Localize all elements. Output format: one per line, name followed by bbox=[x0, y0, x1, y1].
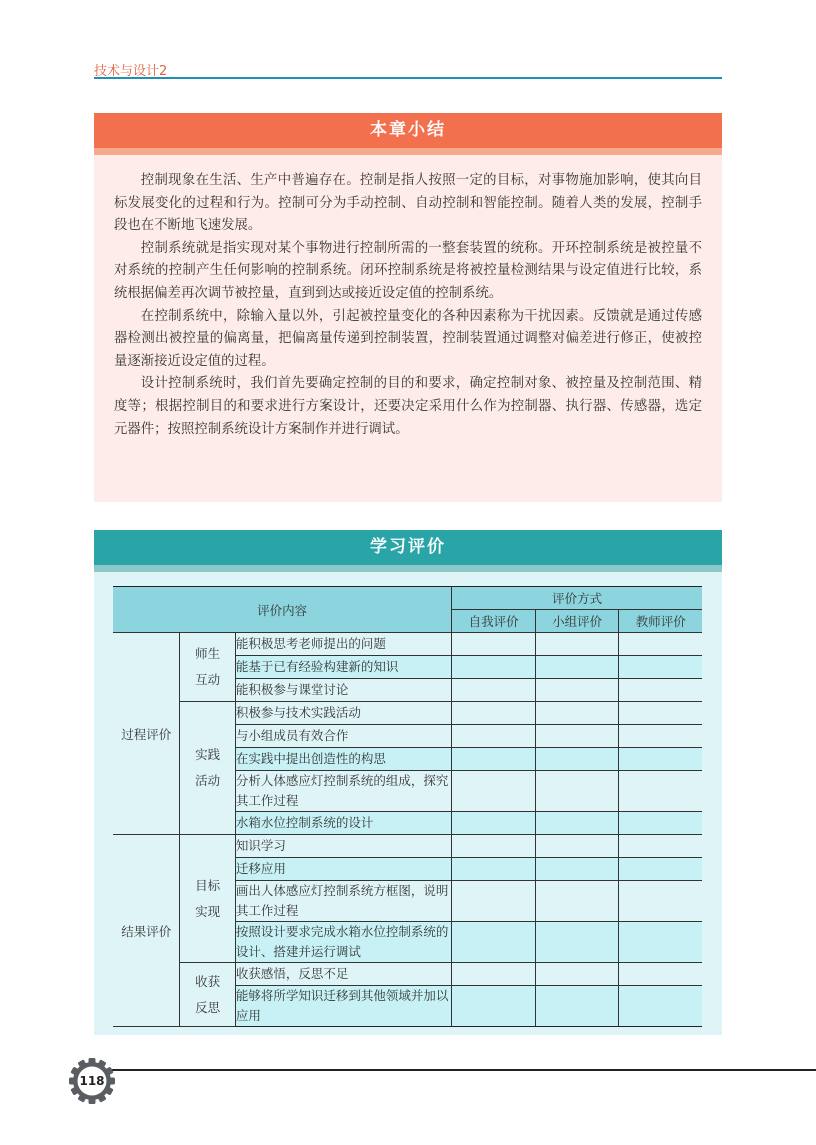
evaluation-table: 评价内容 评价方式 自我评价 小组评价 教师评价 过程评价 师生 互动 能积极思… bbox=[113, 586, 702, 1027]
teacher-score-cell[interactable] bbox=[619, 656, 702, 679]
self-score-cell[interactable] bbox=[452, 858, 536, 881]
self-score-cell[interactable] bbox=[452, 986, 536, 1027]
group-label-line: 目标 bbox=[195, 878, 220, 893]
self-score-cell[interactable] bbox=[452, 812, 536, 835]
group-score-cell[interactable] bbox=[535, 835, 619, 858]
criterion-item: 在实践中提出创造性的构思 bbox=[235, 748, 451, 771]
group-score-cell[interactable] bbox=[535, 922, 619, 963]
group-label-line: 互动 bbox=[195, 672, 220, 687]
summary-body: 控制现象在生活、生产中普遍存在。控制是指人按照一定的目标，对事物施加影响，使其向… bbox=[94, 155, 722, 441]
group-score-cell[interactable] bbox=[535, 858, 619, 881]
group-label-line: 实现 bbox=[195, 904, 220, 919]
self-score-cell[interactable] bbox=[452, 963, 536, 986]
table-row: 结果评价 目标 实现 知识学习 bbox=[113, 835, 702, 858]
self-score-cell[interactable] bbox=[452, 725, 536, 748]
criterion-item: 能基于已有经验构建新的知识 bbox=[235, 656, 451, 679]
group-label-line: 实践 bbox=[195, 747, 220, 762]
teacher-score-cell[interactable] bbox=[619, 748, 702, 771]
teacher-score-cell[interactable] bbox=[619, 922, 702, 963]
group-label-line: 收获 bbox=[195, 974, 220, 989]
header-group-evaluation: 小组评价 bbox=[535, 610, 619, 633]
self-score-cell[interactable] bbox=[452, 922, 536, 963]
criterion-item: 收获感悟，反思不足 bbox=[235, 963, 451, 986]
group-score-cell[interactable] bbox=[535, 881, 619, 922]
criterion-item: 迁移应用 bbox=[235, 858, 451, 881]
group-practice-activity: 实践 活动 bbox=[180, 702, 235, 835]
criterion-item: 能够将所学知识迁移到其他领域并加以应用 bbox=[235, 986, 451, 1027]
table-row: 实践 活动 积极参与技术实践活动 bbox=[113, 702, 702, 725]
header-rule bbox=[94, 77, 722, 79]
group-score-cell[interactable] bbox=[535, 771, 619, 812]
learning-evaluation-panel: 学习评价 评价内容 评价方式 自我评价 小组评价 教师评价 过程评价 师生 互动… bbox=[94, 530, 722, 1035]
group-goal-achievement: 目标 实现 bbox=[180, 835, 235, 963]
self-score-cell[interactable] bbox=[452, 656, 536, 679]
group-score-cell[interactable] bbox=[535, 702, 619, 725]
evaluation-title-stripe bbox=[94, 565, 722, 572]
teacher-score-cell[interactable] bbox=[619, 771, 702, 812]
criterion-item: 积极参与技术实践活动 bbox=[235, 702, 451, 725]
self-score-cell[interactable] bbox=[452, 748, 536, 771]
teacher-score-cell[interactable] bbox=[619, 725, 702, 748]
group-score-cell[interactable] bbox=[535, 812, 619, 835]
group-score-cell[interactable] bbox=[535, 725, 619, 748]
teacher-score-cell[interactable] bbox=[619, 702, 702, 725]
self-score-cell[interactable] bbox=[452, 633, 536, 656]
criterion-item: 能积极思考老师提出的问题 bbox=[235, 633, 451, 656]
criterion-item: 能积极参与课堂讨论 bbox=[235, 679, 451, 702]
summary-paragraph: 在控制系统中，除输入量以外，引起被控量变化的各种因素称为干扰因素。反馈就是通过传… bbox=[114, 306, 702, 374]
self-score-cell[interactable] bbox=[452, 835, 536, 858]
self-score-cell[interactable] bbox=[452, 881, 536, 922]
group-score-cell[interactable] bbox=[535, 986, 619, 1027]
learning-evaluation-title: 学习评价 bbox=[94, 530, 722, 565]
teacher-score-cell[interactable] bbox=[619, 812, 702, 835]
group-teacher-student-interaction: 师生 互动 bbox=[180, 633, 235, 702]
group-score-cell[interactable] bbox=[535, 748, 619, 771]
summary-title-stripe bbox=[94, 148, 722, 155]
teacher-score-cell[interactable] bbox=[619, 633, 702, 656]
criterion-item: 按照设计要求完成水箱水位控制系统的设计、搭建并运行调试 bbox=[235, 922, 451, 963]
group-score-cell[interactable] bbox=[535, 679, 619, 702]
header-self-evaluation: 自我评价 bbox=[452, 610, 536, 633]
chapter-summary-panel: 本章小结 控制现象在生活、生产中普遍存在。控制是指人按照一定的目标，对事物施加影… bbox=[94, 113, 722, 502]
summary-paragraph: 控制现象在生活、生产中普遍存在。控制是指人按照一定的目标，对事物施加影响，使其向… bbox=[114, 170, 702, 238]
criterion-item: 水箱水位控制系统的设计 bbox=[235, 812, 451, 835]
criterion-item: 画出人体感应灯控制系统方框图，说明其工作过程 bbox=[235, 881, 451, 922]
footer-rule bbox=[110, 1069, 816, 1071]
table-row: 收获 反思 收获感悟，反思不足 bbox=[113, 963, 702, 986]
criterion-item: 与小组成员有效合作 bbox=[235, 725, 451, 748]
category-result-evaluation: 结果评价 bbox=[113, 835, 180, 1027]
group-label-line: 反思 bbox=[195, 1000, 220, 1015]
self-score-cell[interactable] bbox=[452, 702, 536, 725]
group-label-line: 师生 bbox=[195, 646, 220, 661]
header-teacher-evaluation: 教师评价 bbox=[619, 610, 702, 633]
category-process-evaluation: 过程评价 bbox=[113, 633, 180, 835]
group-reflection: 收获 反思 bbox=[180, 963, 235, 1027]
teacher-score-cell[interactable] bbox=[619, 835, 702, 858]
group-score-cell[interactable] bbox=[535, 633, 619, 656]
teacher-score-cell[interactable] bbox=[619, 986, 702, 1027]
self-score-cell[interactable] bbox=[452, 771, 536, 812]
header-evaluation-method: 评价方式 bbox=[452, 587, 702, 610]
self-score-cell[interactable] bbox=[452, 679, 536, 702]
group-score-cell[interactable] bbox=[535, 656, 619, 679]
group-score-cell[interactable] bbox=[535, 963, 619, 986]
page-number: 118 bbox=[68, 1057, 116, 1105]
header-evaluation-content: 评价内容 bbox=[113, 587, 452, 633]
group-label-line: 活动 bbox=[195, 773, 220, 788]
summary-paragraph: 设计控制系统时，我们首先要确定控制的目的和要求，确定控制对象、被控量及控制范围、… bbox=[114, 373, 702, 441]
teacher-score-cell[interactable] bbox=[619, 963, 702, 986]
criterion-item: 分析人体感应灯控制系统的组成，探究其工作过程 bbox=[235, 771, 451, 812]
criterion-item: 知识学习 bbox=[235, 835, 451, 858]
teacher-score-cell[interactable] bbox=[619, 881, 702, 922]
summary-paragraph: 控制系统就是指实现对某个事物进行控制所需的一整套装置的统称。开环控制系统是被控量… bbox=[114, 238, 702, 306]
table-row: 过程评价 师生 互动 能积极思考老师提出的问题 bbox=[113, 633, 702, 656]
teacher-score-cell[interactable] bbox=[619, 858, 702, 881]
teacher-score-cell[interactable] bbox=[619, 679, 702, 702]
chapter-summary-title: 本章小结 bbox=[94, 113, 722, 148]
